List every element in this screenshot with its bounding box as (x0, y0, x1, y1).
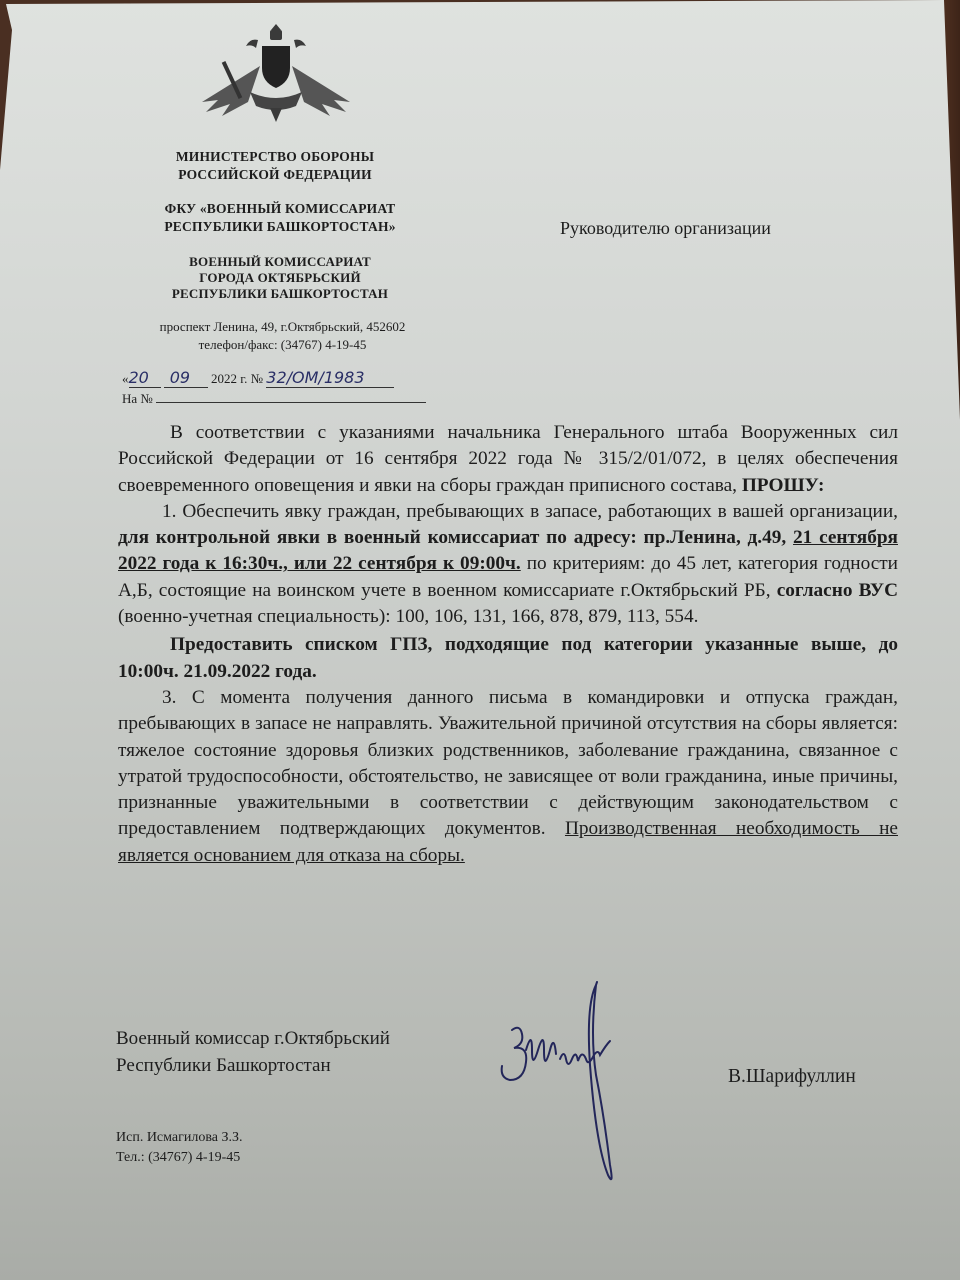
recipient: Руководителю организации (560, 218, 771, 239)
letter-body: В соответствии с указаниями начальника Г… (118, 420, 898, 869)
date-month: 09 (164, 368, 208, 388)
office-address: проспект Ленина, 49, г.Октябрьский, 4526… (115, 318, 450, 354)
date-line: «20 09 2022 г. № 32/ОМ/1983 (122, 368, 432, 388)
ministry-header: МИНИСТЕРСТВО ОБОРОНЫ РОССИЙСКОЙ ФЕДЕРАЦИ… (155, 148, 395, 184)
signatory-title: Военный комиссар г.Октябрьский Республик… (116, 1025, 390, 1079)
reply-to-line: На № (122, 390, 432, 407)
intro-paragraph: В соответствии с указаниями начальника Г… (118, 420, 898, 499)
letter-page: МИНИСТЕРСТВО ОБОРОНЫ РОССИЙСКОЙ ФЕДЕРАЦИ… (0, 0, 960, 1280)
signatory-name: В.Шарифуллин (728, 1066, 856, 1088)
executor-info: Исп. Исмагилова З.З. Тел.: (34767) 4-19-… (116, 1128, 243, 1168)
eagle-crest-icon (200, 22, 352, 124)
item-3: 3. С момента получения данного письма в … (118, 685, 898, 869)
item-1: 1. Обеспечить явку граждан, пребывающих … (118, 499, 898, 630)
handwritten-signature-icon (490, 975, 660, 1190)
letter-number: 32/ОМ/1983 (266, 368, 394, 388)
date-day: 20 (129, 368, 161, 388)
office-header: ВОЕННЫЙ КОМИССАРИАТ ГОРОДА ОКТЯБРЬСКИЙ Р… (150, 254, 410, 302)
institution-header: ФКУ «ВОЕННЫЙ КОМИССАРИАТ РЕСПУБЛИКИ БАШК… (135, 200, 425, 236)
item-2: Предоставить списком ГПЗ, подходящие под… (118, 632, 898, 685)
